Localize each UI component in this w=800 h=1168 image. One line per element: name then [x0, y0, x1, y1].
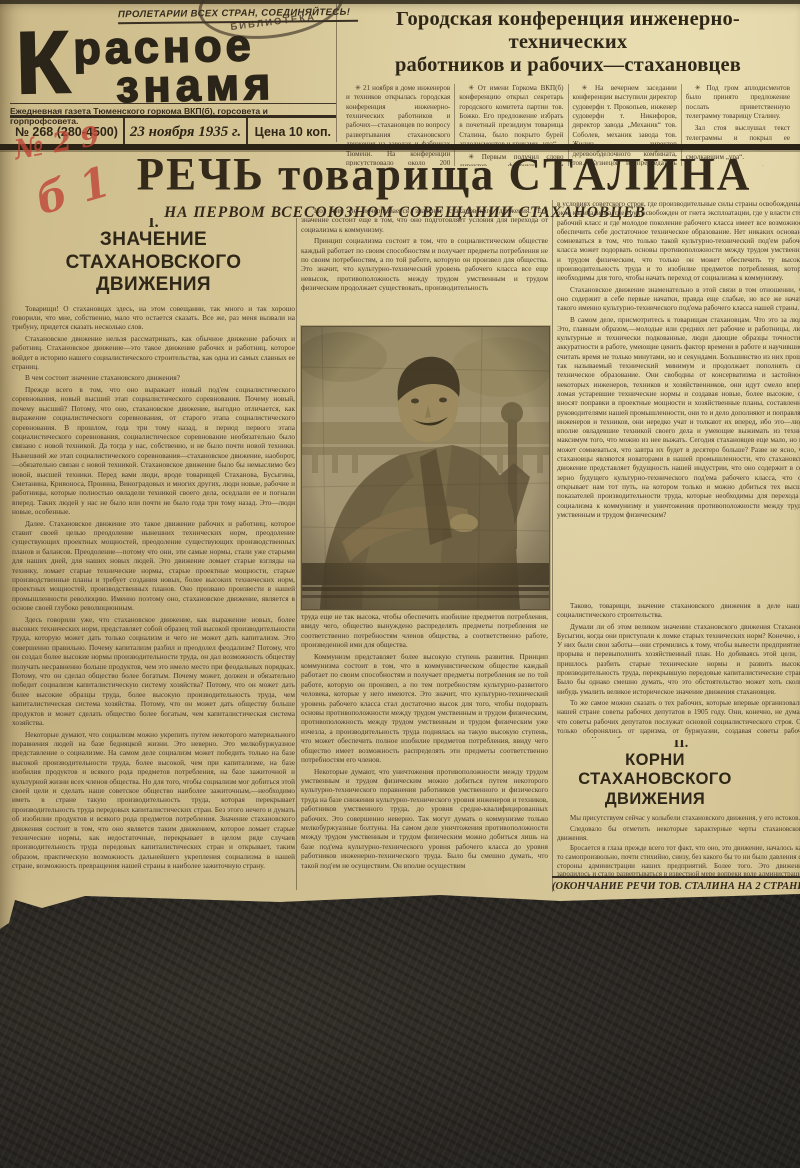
paragraph: Коммунизм представляет более высокую сту…	[301, 652, 548, 765]
paragraph: Но этим не исчерпывается значение стахан…	[301, 206, 548, 234]
section2-number: II.	[557, 740, 800, 749]
masthead-divider	[336, 4, 337, 142]
speech-column-middle-bottom: труда еще не так высока, чтобы обеспечит…	[301, 612, 548, 891]
paragraph: Думали ли об этом великом значении стаха…	[557, 623, 800, 697]
paragraph: Некоторые думают, что социализм можно ук…	[12, 730, 295, 871]
issue-price: Цена 10 коп.	[248, 125, 336, 139]
section1-number: I.	[12, 218, 295, 227]
issue-date: 23 ноября 1935 г.	[123, 118, 248, 146]
paragraph: Прежде всего в том, что оно выражает нов…	[12, 385, 295, 517]
paragraph: ✳ Под гром аплодисментов было принято пр…	[686, 84, 790, 122]
paragraph: Далее. Стахановское движение это такое д…	[12, 519, 295, 613]
handwritten-mark: б 1	[31, 157, 116, 225]
paragraph: Мы присутствуем сейчас у колыбели стахан…	[557, 814, 800, 823]
paragraph: В самом деле, присмотритесь к товарищам …	[557, 316, 800, 521]
paragraph: в условиях советского строя, где произво…	[557, 200, 800, 284]
column-divider	[552, 200, 553, 892]
section2-title: КОРНИ СТАХАНОВСКОГО ДВИЖЕНИЯ	[557, 751, 753, 809]
continuation-note: (ОКОНЧАНИЕ РЕЧИ ТОВ. СТАЛИНА НА 2 СТРАНИ…	[552, 876, 800, 892]
paragraph: Здесь говорили уже, что стахановское дви…	[12, 615, 295, 728]
stalin-photo	[301, 326, 550, 610]
logo-initial: К	[15, 28, 70, 111]
speech-column-right-top: в условиях советского строя, где произво…	[557, 200, 800, 600]
paragraph: труда еще не так высока, чтобы обеспечит…	[301, 612, 548, 650]
paragraph: Принцип социализма состоит в том, что в …	[301, 236, 548, 292]
scan-top-edge	[0, 0, 800, 4]
speech-column-middle-top: Но этим не исчерпывается значение стахан…	[301, 206, 548, 324]
paragraph: Таково, товарищи, значение стахановского…	[557, 602, 800, 621]
conference-article: Городская конференция инженерно-техничес…	[342, 8, 794, 166]
paragraph: Стахановское движение нельзя рассматрива…	[12, 334, 295, 372]
speech-column-left: I. ЗНАЧЕНИЕ СТАХАНОВСКОГО ДВИЖЕНИЯ Товар…	[12, 218, 295, 890]
paragraph: То же самое можно сказать о тех рабочих,…	[557, 699, 800, 738]
paragraph: Товарищи! О стахановцах здесь, на этом с…	[12, 304, 295, 332]
paragraph: Следовало бы отметить некоторые характер…	[557, 825, 800, 842]
column-divider	[296, 218, 297, 890]
paragraph: В чем состоит значение стахановского дви…	[12, 373, 295, 382]
paragraph: Некоторые думают, что уничтожения против…	[301, 767, 548, 870]
damaged-dark-area	[0, 893, 800, 1168]
conference-title: Городская конференция инженерно-техничес…	[342, 8, 794, 77]
section2-paragraphs: Мы присутствуем сейчас у колыбели стахан…	[557, 814, 800, 876]
speech-column-right-middle: Таково, товарищи, значение стахановского…	[557, 602, 800, 738]
paragraph: ✳ От имени Горкома ВКП(б) конференцию от…	[459, 84, 563, 150]
speech-headline: РЕЧЬ товарища СТАЛИНА	[88, 150, 800, 199]
section1-paragraphs: Товарищи! О стахановцах здесь, на этом с…	[12, 304, 295, 871]
logo-line2: знамя	[116, 63, 276, 109]
newspaper-logo: К расное знамя	[15, 23, 329, 111]
newspaper-page: ПРОЛЕТАРИИ ВСЕХ СТРАН, СОЕДИНЯЙТЕСЬ! БИБ…	[0, 0, 800, 1168]
paragraph: Стахановское движение знаменательно в эт…	[557, 286, 800, 314]
section1-title: ЗНАЧЕНИЕ СТАХАНОВСКОГО ДВИЖЕНИЯ	[12, 229, 295, 296]
speech-section2: II. КОРНИ СТАХАНОВСКОГО ДВИЖЕНИЯ Мы прис…	[557, 740, 800, 876]
paragraph: Бросается в глаза прежде всего тот факт,…	[557, 844, 800, 876]
